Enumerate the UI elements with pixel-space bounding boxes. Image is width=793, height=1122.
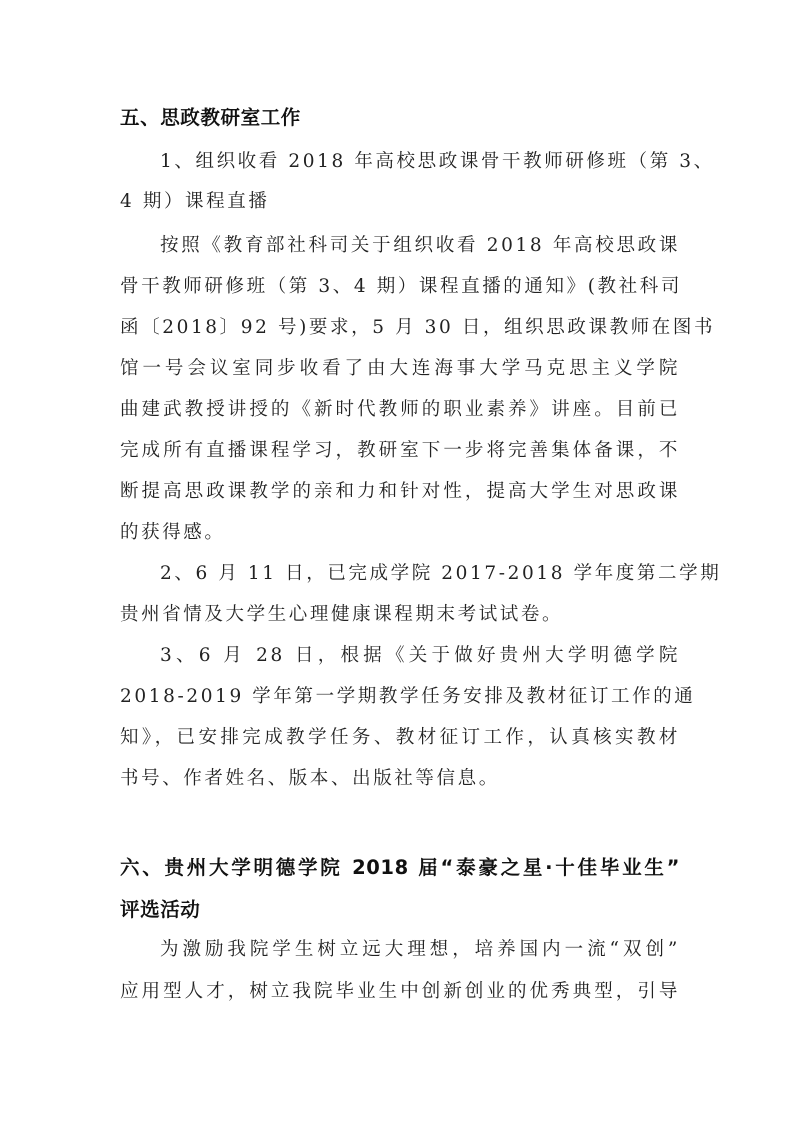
paragraph-1-line-7: 断提高思政课教学的亲和力和针对性，提高大学生对思政课 [120,480,680,504]
section-heading-5: 五、思政教研室工作 [120,106,680,130]
item-2-line-2: 贵州省情及大学生心理健康课程期末考试试卷。 [120,603,680,627]
paragraph-1-line-8: 的获得感。 [120,521,680,545]
paragraph-1-line-6: 完成所有直播课程学习，教研室下一步将完善集体备课，不 [120,439,680,463]
item-1-line-2: 4 期）课程直播 [120,190,680,214]
section-heading-6-line-1: 六、贵州大学明德学院 2018 届“泰豪之星·十佳毕业生” [120,856,680,880]
paragraph-1-line-2: 骨干教师研修班（第 3、4 期）课程直播的通知》(教社科司 [120,275,680,299]
paragraph-1-line-4: 馆一号会议室同步收看了由大连海事大学马克思主义学院 [120,357,680,381]
section-heading-6-line-2: 评选活动 [120,898,680,922]
paragraph-1-line-3: 函〔2018〕92 号)要求，5 月 30 日，组织思政课教师在图书 [120,316,680,340]
paragraph-1-line-1: 按照《教育部社科司关于组织收看 2018 年高校思政课 [160,234,680,258]
paragraph-2-line-1: 为激励我院学生树立远大理想，培养国内一流“双创” [160,938,680,962]
item-1-line-1: 1、组织收看 2018 年高校思政课骨干教师研修班（第 3、 [160,150,680,174]
item-3-line-2: 2018-2019 学年第一学期教学任务安排及教材征订工作的通 [120,685,680,709]
item-3-line-3: 知》，已安排完成教学任务、教材征订工作，认真核实教材 [120,726,680,750]
paragraph-1-line-5: 曲建武教授讲授的《新时代教师的职业素养》讲座。目前已 [120,398,680,422]
item-3-line-4: 书号、作者姓名、版本、出版社等信息。 [120,767,680,791]
document-page: 五、思政教研室工作 1、组织收看 2018 年高校思政课骨干教师研修班（第 3、… [0,0,793,1122]
item-2-line-1: 2、6 月 11 日，已完成学院 2017-2018 学年度第二学期 [160,562,680,586]
item-3-line-1: 3、6 月 28 日，根据《关于做好贵州大学明德学院 [160,644,680,668]
paragraph-2-line-2: 应用型人才，树立我院毕业生中创新创业的优秀典型，引导 [120,980,680,1004]
